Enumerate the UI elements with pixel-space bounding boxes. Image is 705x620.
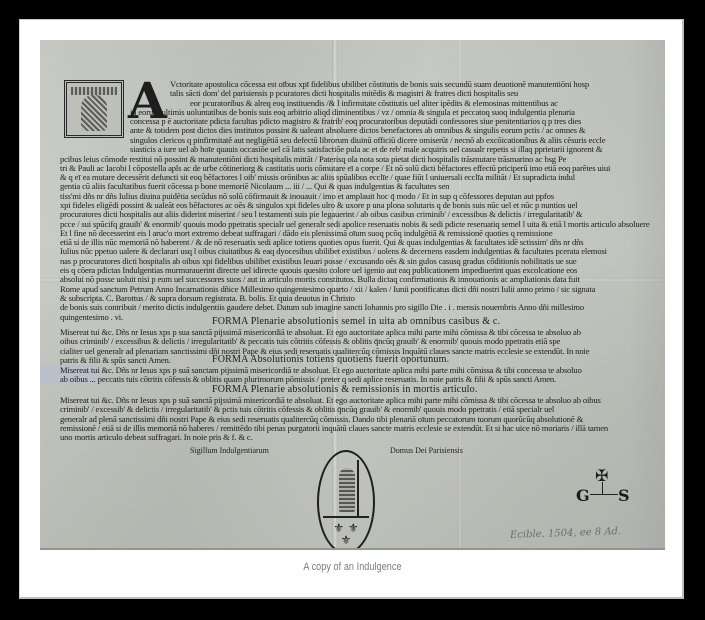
- text-line: nas p procuratores dicti hospitalis ab o…: [60, 257, 650, 266]
- text-line: eor pcuratoribus & alreq eoq instituendi…: [190, 99, 650, 108]
- forma-block: Misereat tui &c. Dñs nr Iesus xps p suā …: [60, 366, 650, 385]
- text-line: ante & totidem post dictos dies institut…: [130, 126, 650, 135]
- text-line: Misereat tui &c. Dñs nr Iesus xps p suā …: [60, 396, 650, 405]
- text-line: in eorum ultimis uoluntatibus de bonis s…: [130, 108, 650, 117]
- notary-mark: ✠ G S: [576, 472, 636, 512]
- text-line: remissionē / etiā si de illis memoriā nō…: [60, 424, 650, 433]
- woodcut-canopy: [71, 87, 117, 95]
- text-line: de bonis suis contribuit / merito dictis…: [60, 303, 650, 312]
- text-line: Iulius nūc ppetuo ualere & declarari usq…: [60, 247, 650, 256]
- seal-label-left: Sigillum Indulgentiarum: [190, 446, 269, 455]
- text-line: xpi fideles eligēdi possint & ualeāt eos…: [60, 201, 650, 210]
- text-line: siasticis a iure uel ab hoīe quauis occa…: [130, 145, 650, 154]
- text-line: & subscripta. C. Barottus / & supra dors…: [60, 294, 650, 303]
- text-line: gentia cū aliis facultatibus fuerit cōce…: [60, 182, 650, 191]
- text-line: pcibus leius cōmode restitui nō possint …: [60, 155, 650, 164]
- text-line: Rome apud sanctum Petrum Anno Incarnatio…: [60, 285, 650, 294]
- text-line: singulos clericos q pinfirmitatē aut neg…: [130, 136, 650, 145]
- text-line: etiā si de illis nūc memoriā nō haberent…: [60, 238, 650, 247]
- text-line: talis sācti dom' del parisiensis p pcura…: [170, 89, 650, 98]
- pencil-annotation: Ecible. 1504, ee 8 Ad.: [510, 526, 621, 541]
- text-line: procuratores dicti hospitalis aut aliis …: [60, 210, 650, 219]
- wax-seal-imprint: ⚜ ⚜ ⚜: [317, 450, 375, 550]
- forma-heading: FORMA Absolutionis totiens quotiens fuer…: [212, 355, 642, 364]
- text-line: ab oibus ... peccatis tuis cōtritis cōfe…: [60, 375, 650, 384]
- document-text-indented: eor pcuratoribus & alreq eoq instituendi…: [190, 99, 650, 108]
- text-line: Misereat tui &c. Dñs nr Iesus xps p suā …: [60, 366, 650, 375]
- text-line: criminib' / excessib' & delictis / irreg…: [60, 405, 650, 414]
- text-line: tri & Pauli ac Iacobi l cōpostella apls …: [60, 164, 650, 173]
- text-line: uno mortis articulo debeat suffragari. I…: [60, 433, 650, 442]
- saint-figure-icon: [339, 468, 355, 512]
- forma-heading: FORMA Plenarie absolutionis semel in uit…: [212, 317, 642, 326]
- document-text-body: pcibus leius cōmode restitui nō possint …: [60, 155, 650, 322]
- text-line: tiss'mi dñs nr dñs Iulius diuina puidēti…: [60, 192, 650, 201]
- text-line: oibus criminib' / excessibus & delictis …: [60, 337, 650, 346]
- mark-bar: [590, 494, 618, 495]
- text-line: eis q cōera pdictas Indulgentias murmura…: [60, 266, 650, 275]
- text-line: & q eī ea mutare decessērit defuncti sit…: [60, 173, 650, 182]
- seal-ground-line: [323, 516, 369, 518]
- woodcut-illustration: [64, 80, 124, 138]
- text-line: concessa p ē auctoritate pdicta facultas…: [130, 117, 650, 126]
- document-text-indented: Vctoritate apostolica cōcessa est oībus …: [170, 80, 650, 99]
- document-text-indented: in eorum ultimis uoluntatibus de bonis s…: [130, 108, 650, 154]
- mark-stem: [602, 482, 603, 494]
- mark-letter-left: G: [576, 486, 590, 505]
- text-line: absolui nō posse uoluit nisi p eum uel s…: [60, 275, 650, 284]
- woodcut-figure: [81, 95, 107, 131]
- seal-label-right: Domus Dei Parisiensis: [390, 446, 463, 455]
- text-line: Vctoritate apostolica cōcessa est oībus …: [170, 80, 650, 89]
- text-line: Misereat tui &c. Dñs nr Iesus xps p sua …: [60, 328, 650, 337]
- forma-heading: FORMA Plenarie absolutionis & remissioni…: [212, 385, 642, 394]
- fleur-de-lis-icon: ⚜ ⚜ ⚜: [319, 522, 373, 546]
- image-caption: A copy of an Indulgence: [63, 561, 641, 573]
- text-line: Et l fine nō decesserint eis l aruc'o mo…: [60, 229, 650, 238]
- mark-letter-right: S: [618, 486, 630, 505]
- cross-staff-icon: [357, 460, 359, 518]
- indulgence-photo: A Vctoritate apostolica cōcessa est oību…: [40, 40, 665, 550]
- text-line: generalr ad plenā sanctissimi dñi nostri…: [60, 415, 650, 424]
- text-line: pcce / sui spūcifq grauib' & enormib' qu…: [60, 220, 650, 229]
- forma-block: Misereat tui &c. Dñs nr Iesus xps p suā …: [60, 396, 650, 442]
